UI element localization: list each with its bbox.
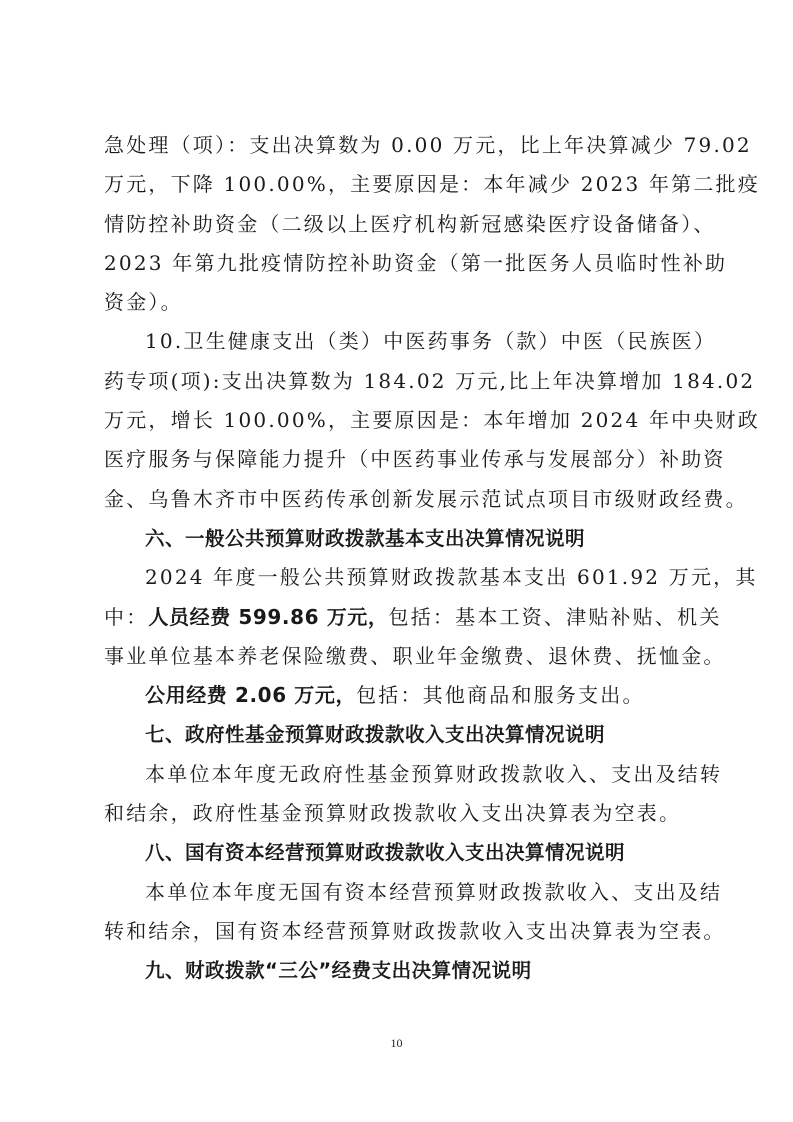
section-heading: 八、国有资本经营预算财政拨款收入支出决算情况说明 — [104, 833, 694, 872]
text-line: 情防控补助资金（二级以上医疗机构新冠感染医疗设备储备）、 — [104, 205, 694, 244]
text-line: 急处理（项）：支出决算数为 0.00 万元，比上年决算减少 79.02 — [104, 126, 694, 165]
section-7: 七、政府性基金预算财政拨款收入支出决算情况说明 本单位本年度无政府性基金预算财政… — [104, 715, 694, 833]
text-line: 本单位本年度无国有资本经营预算财政拨款收入、支出及结 — [104, 873, 694, 912]
text-line: 万元，增长 100.00%，主要原因是：本年增加 2024 年中央财政 — [104, 401, 694, 440]
text-line: 医疗服务与保障能力提升（中医药事业传承与发展部分）补助资 — [104, 440, 694, 479]
text-line: 事业单位基本养老保险缴费、职业年金缴费、退休费、抚恤金。 — [104, 637, 694, 676]
section-6: 六、一般公共预算财政拨款基本支出决算情况说明 2024 年度一般公共预算财政拨款… — [104, 519, 694, 715]
text-line: 本单位本年度无政府性基金预算财政拨款收入、支出及结转 — [104, 755, 694, 794]
bold-personnel-cost: 人员经费 599.86 万元， — [148, 605, 388, 629]
text-line: 金、乌鲁木齐市中医药传承创新发展示范试点项目市级财政经费。 — [104, 480, 694, 519]
section-heading: 九、财政拨款“三公”经费支出决算情况说明 — [104, 951, 694, 990]
text-line: 药专项(项):支出决算数为 184.02 万元,比上年决算增加 184.02 — [104, 362, 694, 401]
paragraph-item10: 10.卫生健康支出（类）中医药事务（款）中医（民族医） 药专项(项):支出决算数… — [104, 322, 694, 518]
text-line: 和结余，政府性基金预算财政拨款收入支出决算表为空表。 — [104, 794, 694, 833]
text-span: 包括：其他商品和服务支出。 — [356, 683, 645, 707]
text-line: 万元，下降 100.00%，主要原因是：本年减少 2023 年第二批疫 — [104, 165, 694, 204]
text-line: 2023 年第九批疫情防控补助资金（第一批医务人员临时性补助 — [104, 244, 694, 283]
section-heading: 六、一般公共预算财政拨款基本支出决算情况说明 — [104, 519, 694, 558]
paragraph-item9-continuation: 急处理（项）：支出决算数为 0.00 万元，比上年决算减少 79.02 万元，下… — [104, 126, 694, 322]
text-line: 公用经费 2.06 万元，包括：其他商品和服务支出。 — [104, 676, 694, 715]
text-span: 中： — [104, 605, 148, 629]
text-line: 2024 年度一般公共预算财政拨款基本支出 601.92 万元，其 — [104, 558, 694, 597]
text-line: 中：人员经费 599.86 万元，包括：基本工资、津贴补贴、机关 — [104, 598, 694, 637]
text-line: 转和结余，国有资本经营预算财政拨款收入支出决算表为空表。 — [104, 912, 694, 951]
section-heading: 七、政府性基金预算财政拨款收入支出决算情况说明 — [104, 715, 694, 754]
section-8: 八、国有资本经营预算财政拨款收入支出决算情况说明 本单位本年度无国有资本经营预算… — [104, 833, 694, 951]
page-number: 10 — [0, 1036, 793, 1051]
document-page: 急处理（项）：支出决算数为 0.00 万元，比上年决算减少 79.02 万元，下… — [104, 126, 694, 991]
bold-public-cost: 公用经费 2.06 万元， — [145, 683, 356, 707]
text-span: 包括：基本工资、津贴补贴、机关 — [389, 605, 722, 629]
text-line: 10.卫生健康支出（类）中医药事务（款）中医（民族医） — [104, 322, 694, 361]
section-9: 九、财政拨款“三公”经费支出决算情况说明 — [104, 951, 694, 990]
text-line: 资金）。 — [104, 283, 694, 322]
